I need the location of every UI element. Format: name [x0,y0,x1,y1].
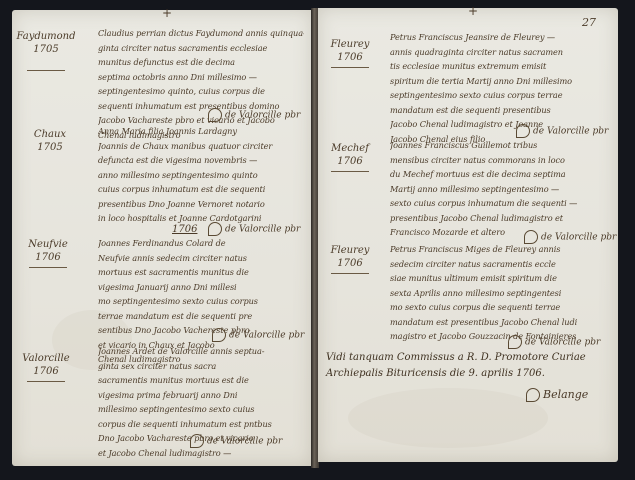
signature-flourish-icon [526,388,540,402]
left-page: + Faydumond 1705 Claudius perrian dictus… [12,10,312,466]
year-heading: 1706 [172,224,197,235]
margin-note-valorcille: Valorcille 1706 [16,352,76,382]
margin-note-chaux: Chaux 1705 [20,128,80,154]
margin-name: Faydumond [16,31,75,42]
signature-flourish-icon [212,328,226,342]
episcopal-visa: Vidi tanquam Commissus a R. D. Promotore… [326,350,586,382]
signature-flourish-icon [208,108,222,122]
signature-flourish-icon [516,124,530,138]
margin-note-fleurey-2: Fleurey 1706 [320,244,380,274]
margin-year: 1705 [33,44,58,55]
margin-note-faydumond: Faydumond 1705 [16,30,76,71]
signature-flourish-icon [508,335,522,349]
header-cross-mark: + [468,4,478,18]
burial-entry: Petrus Franciscus Miges de Fleurey annis… [390,242,612,344]
priest-signature: de Valorcille pbr [208,222,300,236]
margin-note-mechef: Mechef 1706 [320,142,380,172]
paper-stain [348,388,548,448]
page-number: 27 [582,16,596,29]
margin-note-neufvie: Neufvie 1706 [18,238,78,268]
signature-flourish-icon [190,434,204,448]
manuscript-spread: + Faydumond 1705 Claudius perrian dictus… [0,0,635,480]
right-page: + 27 Fleurey 1706 Petrus Franciscus Jean… [318,8,618,462]
priest-signature: de Valorcille pbr [190,434,282,448]
header-cross-mark: + [162,6,172,20]
priest-signature: de Valorcille pbr [508,335,600,349]
burial-entry: Joannes Franciscus Guillemot tribus mens… [390,138,612,240]
priest-signature: de Valorcille pbr [208,108,300,122]
priest-signature: de Valorcille pbr [212,328,304,342]
margin-note-fleurey: Fleurey 1706 [320,38,380,68]
commissioner-signature: Belange [526,388,588,402]
signature-flourish-icon [208,222,222,236]
burial-entry: Anna Maria filia Joannis Lardagny Joanni… [98,124,304,226]
priest-signature: de Valorcille pbr [516,124,608,138]
